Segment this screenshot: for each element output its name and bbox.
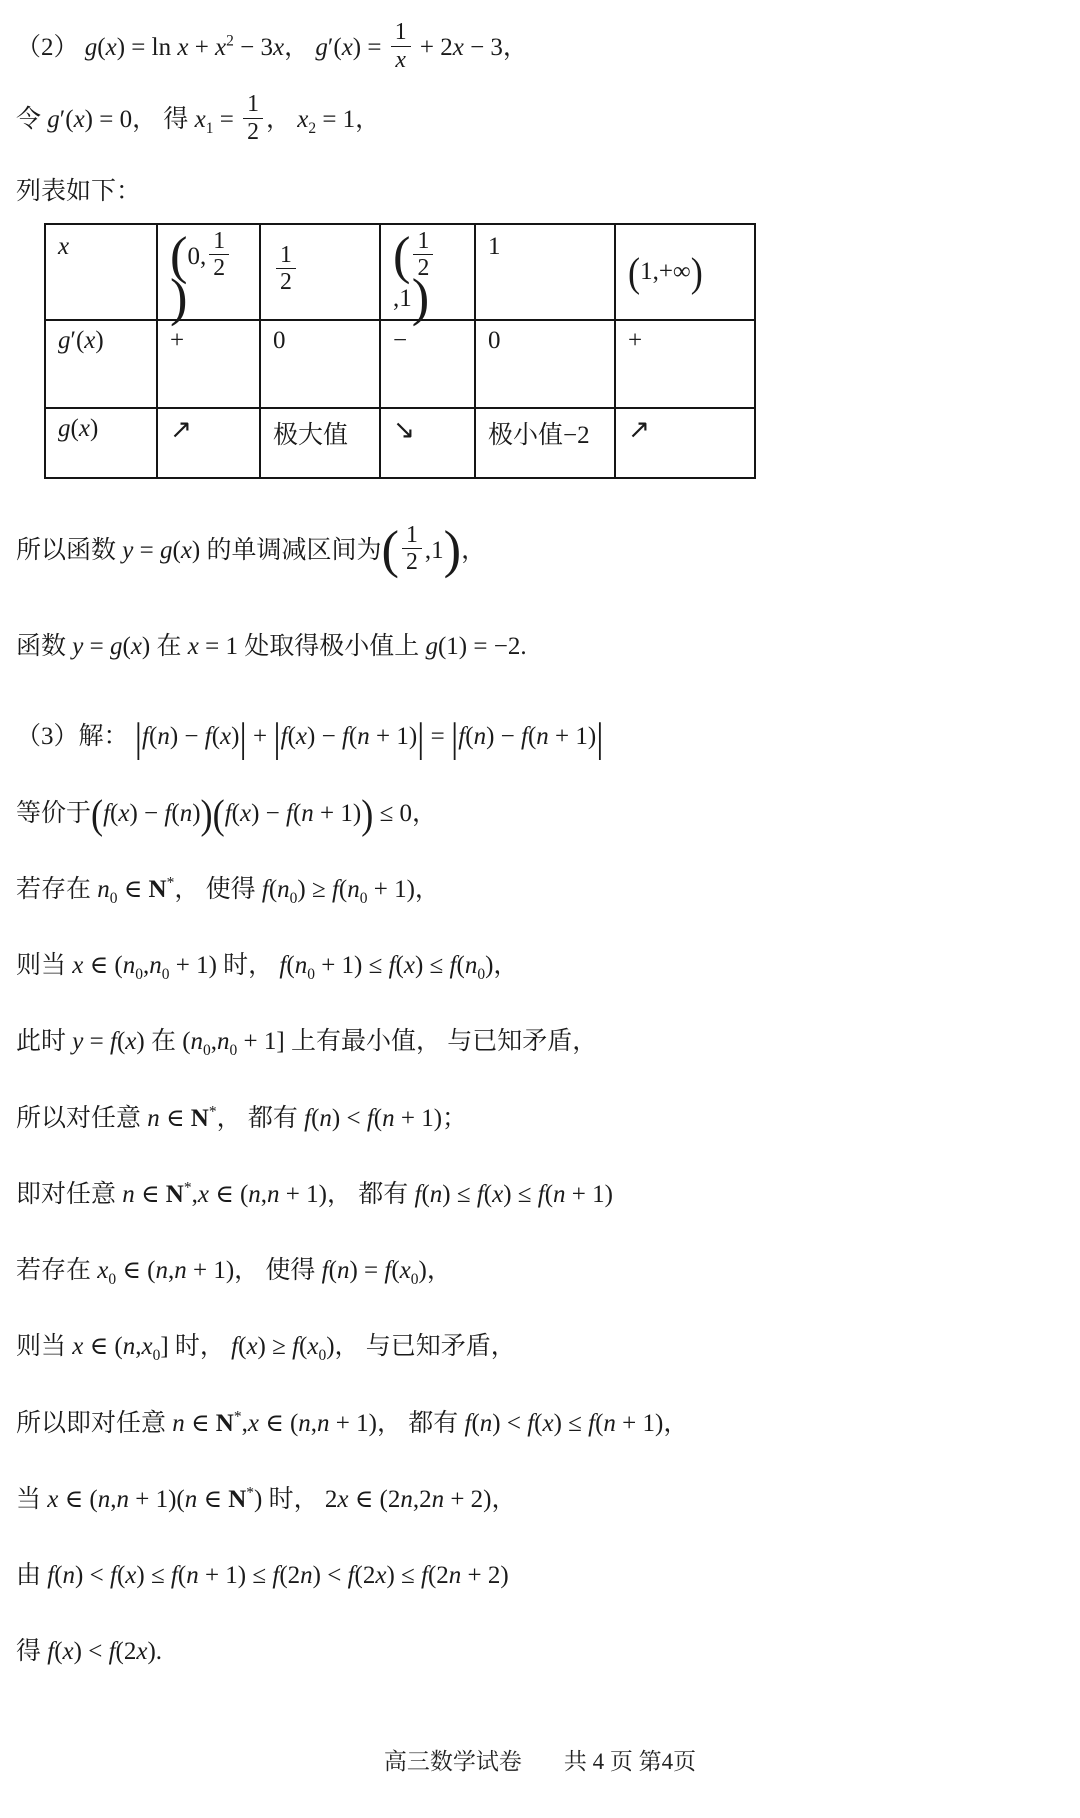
page-footer: 高三数学试卷共 4 页 第4页 [0, 1743, 1080, 1776]
math-line-17: 由 f(n) < f(x) ≤ f(n + 1) ≤ f(2n) < f(2x)… [16, 1558, 1056, 1594]
math-line-6: （3）解： |f(n) − f(x)| + |f(x) − f(n + 1)| … [16, 719, 1056, 755]
math-line-16: 当 x ∈ (n,n + 1)(n ∈ N*) 时， 2x ∈ (2n,2n +… [16, 1482, 1056, 1518]
footer-page-number: 共 4 页 第4页 [564, 1749, 696, 1774]
table-cell: g′(x) [45, 320, 157, 408]
math-line-18: 得 f(x) < f(2x). [16, 1634, 1056, 1670]
table-cell: (0,12) [157, 224, 260, 320]
table-cell: 极大值 [260, 408, 380, 478]
math-line-12: 即对任意 n ∈ N*,x ∈ (n,n + 1)， 都有 f(n) ≤ f(x… [16, 1177, 1056, 1213]
math-line-1: （2） g(x) = ln x + x2 − 3x， g′(x) = 1x + … [16, 22, 1056, 76]
table-cell: 0 [475, 320, 615, 408]
math-line-4: 所以函数 y = g(x) 的单调减区间为(12,1)， [16, 525, 1056, 579]
math-line-7: 等价于(f(x) − f(n))(f(x) − f(n + 1)) ≤ 0， [16, 796, 1056, 832]
table-cell: ↘ [380, 408, 475, 478]
table-cell: (1,+∞) [615, 224, 755, 320]
table-cell: 1 [475, 224, 615, 320]
table-row-function: g(x) ↗ 极大值 ↘ 极小值−2 ↗ [45, 408, 755, 478]
table-row-derivative: g′(x) + 0 − 0 + [45, 320, 755, 408]
table-cell: g(x) [45, 408, 157, 478]
math-line-15: 所以即对任意 n ∈ N*,x ∈ (n,n + 1)， 都有 f(n) < f… [16, 1406, 1056, 1442]
math-line-2: 令 g′(x) = 0， 得 x1 = 12， x2 = 1， [16, 94, 1056, 148]
table-cell: ↗ [615, 408, 755, 478]
table-cell: 极小值−2 [475, 408, 615, 478]
math-line-10: 此时 y = f(x) 在 (n0,n0 + 1] 上有最小值， 与已知矛盾， [16, 1024, 1056, 1060]
math-line-9: 则当 x ∈ (n0,n0 + 1) 时， f(n0 + 1) ≤ f(x) ≤… [16, 948, 1056, 984]
table-cell: x [45, 224, 157, 320]
table-row-x: x (0,12) 12 (12,1) 1 (1,+∞) [45, 224, 755, 320]
table-cell: 0 [260, 320, 380, 408]
table-cell: ↗ [157, 408, 260, 478]
table-cell: + [157, 320, 260, 408]
footer-exam-title: 高三数学试卷 [384, 1749, 522, 1774]
math-line-14: 则当 x ∈ (n,x0] 时， f(x) ≥ f(x0)， 与已知矛盾， [16, 1329, 1056, 1365]
table-cell: 12 [260, 224, 380, 320]
math-line-5: 函数 y = g(x) 在 x = 1 处取得极小值上 g(1) = −2. [16, 629, 1056, 665]
math-line-13: 若存在 x0 ∈ (n,n + 1)， 使得 f(n) = f(x0)， [16, 1253, 1056, 1289]
math-line-8: 若存在 n0 ∈ N*， 使得 f(n0) ≥ f(n0 + 1)， [16, 872, 1056, 908]
table-cell: + [615, 320, 755, 408]
page: （2） g(x) = ln x + x2 − 3x， g′(x) = 1x + … [0, 0, 1080, 1818]
table-caption: 列表如下： [16, 174, 1056, 210]
table-cell: − [380, 320, 475, 408]
variation-table: x (0,12) 12 (12,1) 1 (1,+∞) g′(x) + 0 − … [44, 223, 756, 479]
math-line-11: 所以对任意 n ∈ N*， 都有 f(n) < f(n + 1)； [16, 1101, 1056, 1137]
table-cell: (12,1) [380, 224, 475, 320]
